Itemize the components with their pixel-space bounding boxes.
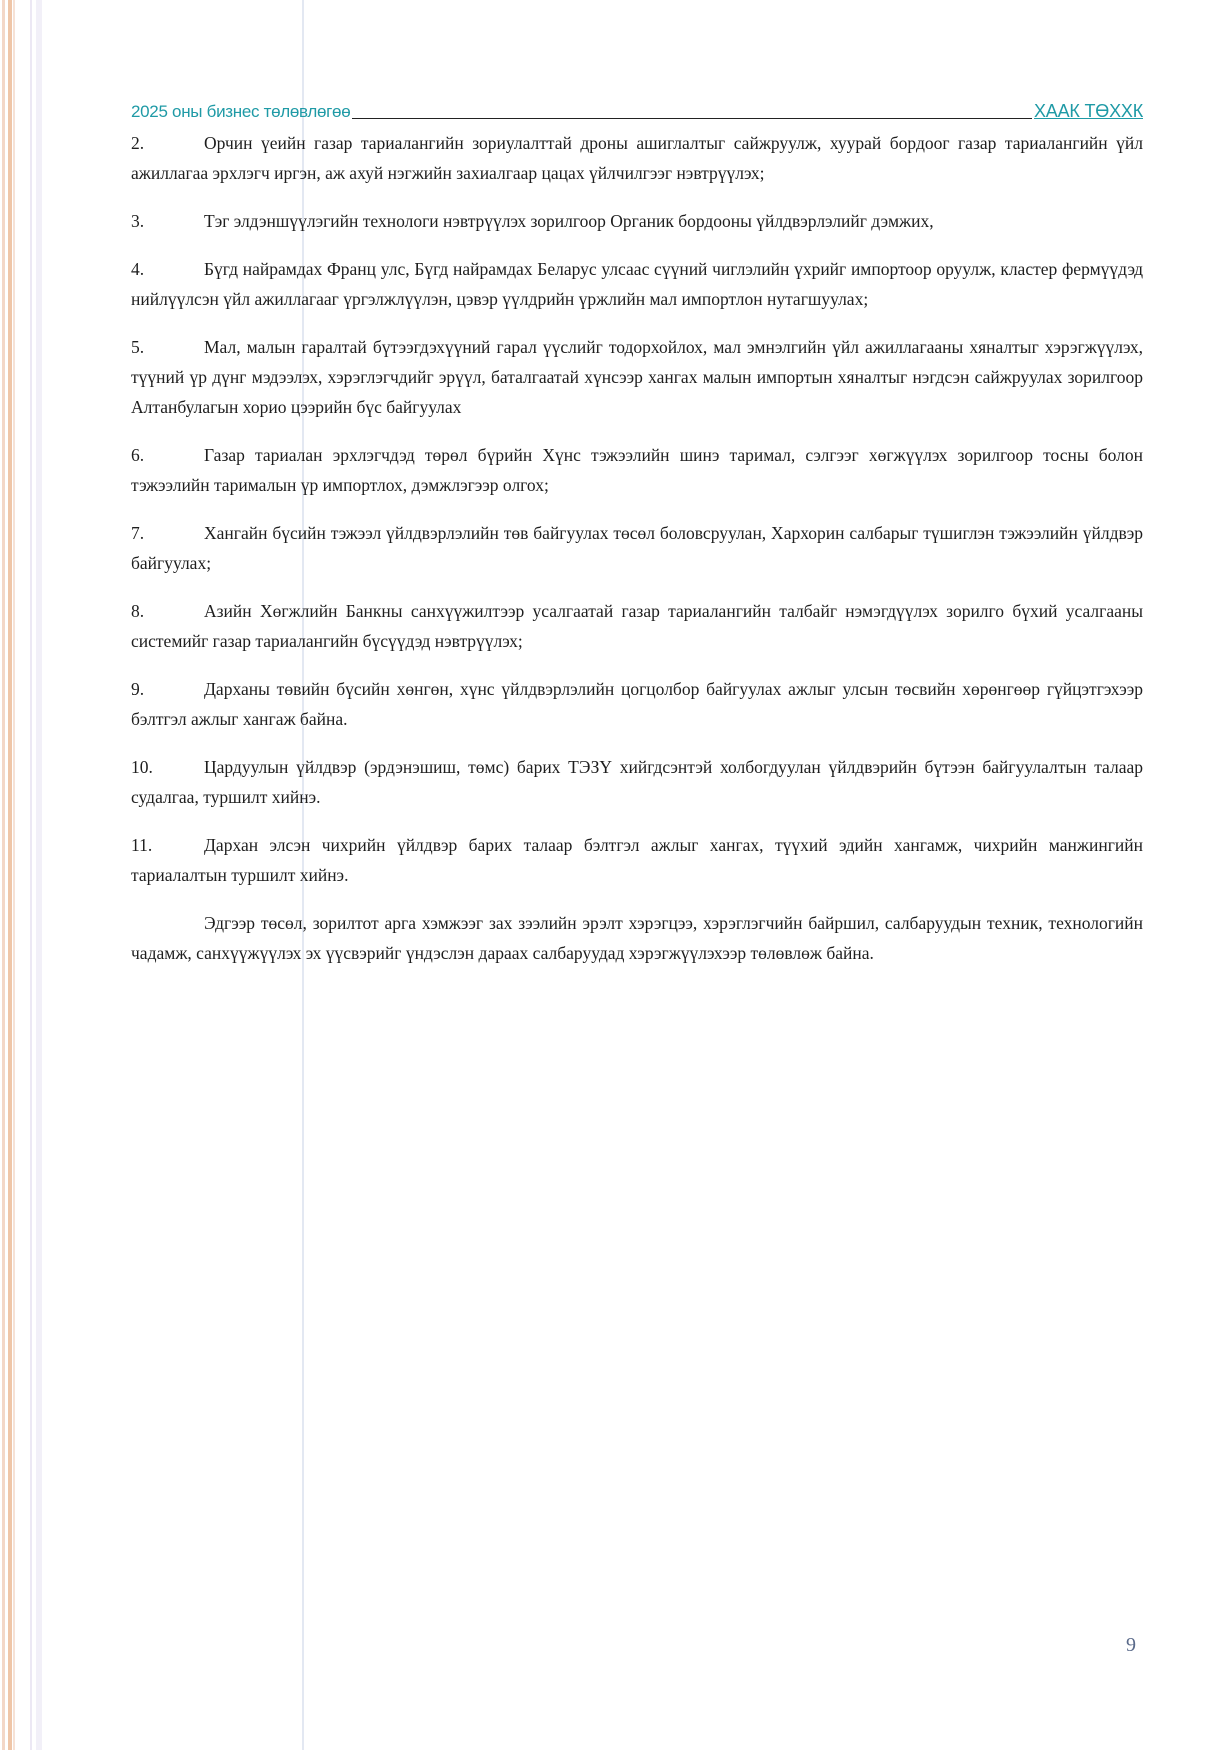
- list-item-number: 11.: [131, 830, 204, 860]
- list-item: 2.Орчин үеийн газар тариалангийн зориула…: [131, 128, 1143, 188]
- list-item-number: 4.: [131, 254, 204, 284]
- organization-name: ХААК ТӨХХК: [1034, 101, 1143, 122]
- list-item-text: Азийн Хөгжлийн Банкны санхүүжилтээр усал…: [131, 601, 1143, 651]
- page-number: 9: [1126, 1634, 1136, 1657]
- list-item: 11.Дархан элсэн чихрийн үйлдвэр барих та…: [131, 830, 1143, 890]
- closing-paragraph: Эдгээр төсөл, зорилтот арга хэмжээг зах …: [131, 908, 1143, 968]
- list-item-text: Бүгд найрамдах Франц улс, Бүгд найрамдах…: [131, 259, 1143, 309]
- scan-edge-stripe: [36, 0, 42, 1750]
- page-header: 2025 оны бизнес төлөвлөгөө ХААК ТӨХХК: [131, 92, 1143, 122]
- header-rule: [352, 118, 1032, 119]
- list-item-number: 10.: [131, 752, 204, 782]
- scan-edge-stripe: [30, 0, 32, 1750]
- scan-edge-stripe: [2, 0, 5, 1750]
- list-item: 6.Газар тариалан эрхлэгчдэд төрөл бүрийн…: [131, 440, 1143, 500]
- list-item-text: Мал, малын гаралтай бүтээгдэхүүний гарал…: [131, 337, 1143, 417]
- list-item-text: Дархан элсэн чихрийн үйлдвэр барих талаа…: [131, 835, 1143, 885]
- document-page: 2025 оны бизнес төлөвлөгөө ХААК ТӨХХК 2.…: [131, 92, 1143, 986]
- list-item: 9.Дарханы төвийн бүсийн хөнгөн, хүнс үйл…: [131, 674, 1143, 734]
- numbered-list: 2.Орчин үеийн газар тариалангийн зориула…: [131, 128, 1143, 890]
- list-item-text: Газар тариалан эрхлэгчдэд төрөл бүрийн Х…: [131, 445, 1143, 495]
- list-item-number: 3.: [131, 206, 204, 236]
- list-item: 7.Хангайн бүсийн тэжээл үйлдвэрлэлийн тө…: [131, 518, 1143, 578]
- list-item-text: Тэг элдэншүүлэгийн технологи нэвтрүүлэх …: [204, 211, 934, 231]
- list-item: 10.Цардуулын үйлдвэр (эрдэнэшиш, төмс) б…: [131, 752, 1143, 812]
- document-title: 2025 оны бизнес төлөвлөгөө: [131, 102, 350, 122]
- list-item-number: 6.: [131, 440, 204, 470]
- list-item-number: 8.: [131, 596, 204, 626]
- list-item-text: Дарханы төвийн бүсийн хөнгөн, хүнс үйлдв…: [131, 679, 1143, 729]
- list-item-number: 2.: [131, 128, 204, 158]
- scan-edge-stripe: [8, 0, 12, 1750]
- list-item-number: 9.: [131, 674, 204, 704]
- scan-edge-stripe: [13, 0, 15, 1750]
- list-item-text: Цардуулын үйлдвэр (эрдэнэшиш, төмс) бари…: [131, 757, 1143, 807]
- list-item: 3.Тэг элдэншүүлэгийн технологи нэвтрүүлэ…: [131, 206, 1143, 236]
- list-item: 8.Азийн Хөгжлийн Банкны санхүүжилтээр ус…: [131, 596, 1143, 656]
- list-item-number: 7.: [131, 518, 204, 548]
- list-item: 5.Мал, малын гаралтай бүтээгдэхүүний гар…: [131, 332, 1143, 422]
- list-item-text: Хангайн бүсийн тэжээл үйлдвэрлэлийн төв …: [131, 523, 1143, 573]
- list-item-text: Орчин үеийн газар тариалангийн зориулалт…: [131, 133, 1143, 183]
- list-item-number: 5.: [131, 332, 204, 362]
- list-item: 4.Бүгд найрамдах Франц улс, Бүгд найрамд…: [131, 254, 1143, 314]
